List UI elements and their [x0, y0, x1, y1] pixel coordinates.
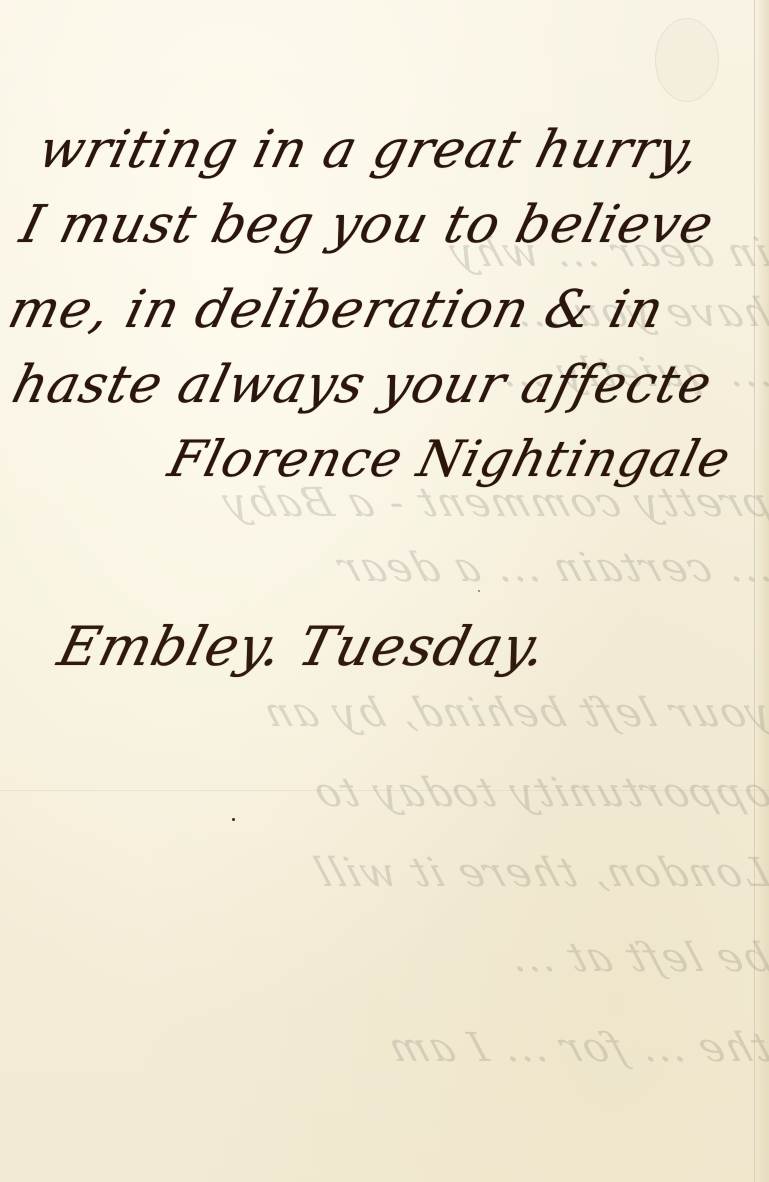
bleed-through-line: the ... for ... I am: [0, 1025, 769, 1071]
bleed-through-line: be left at ...: [0, 935, 769, 981]
bleed-through-line: opportunity today to: [0, 770, 769, 816]
paper-watermark: [655, 18, 719, 102]
signature: Florence Nightingale: [163, 430, 737, 488]
letter-line: writing in a great hurry,: [33, 120, 707, 180]
letter-line: me, in deliberation & in: [3, 280, 671, 340]
ink-speck: [232, 818, 235, 821]
letter-line: I must beg you to believe: [15, 195, 721, 255]
ink-speck: [478, 590, 480, 592]
bleed-through-line: London, there it will: [0, 850, 769, 896]
paper-right-edge: [754, 0, 769, 1182]
dateline: Embley. Tuesday.: [52, 615, 554, 678]
bleed-through-line: ... certain ... a dear: [0, 545, 769, 591]
letter-line: haste always your affecte: [7, 355, 719, 415]
bleed-through-line: your left behind, by an: [0, 690, 769, 736]
